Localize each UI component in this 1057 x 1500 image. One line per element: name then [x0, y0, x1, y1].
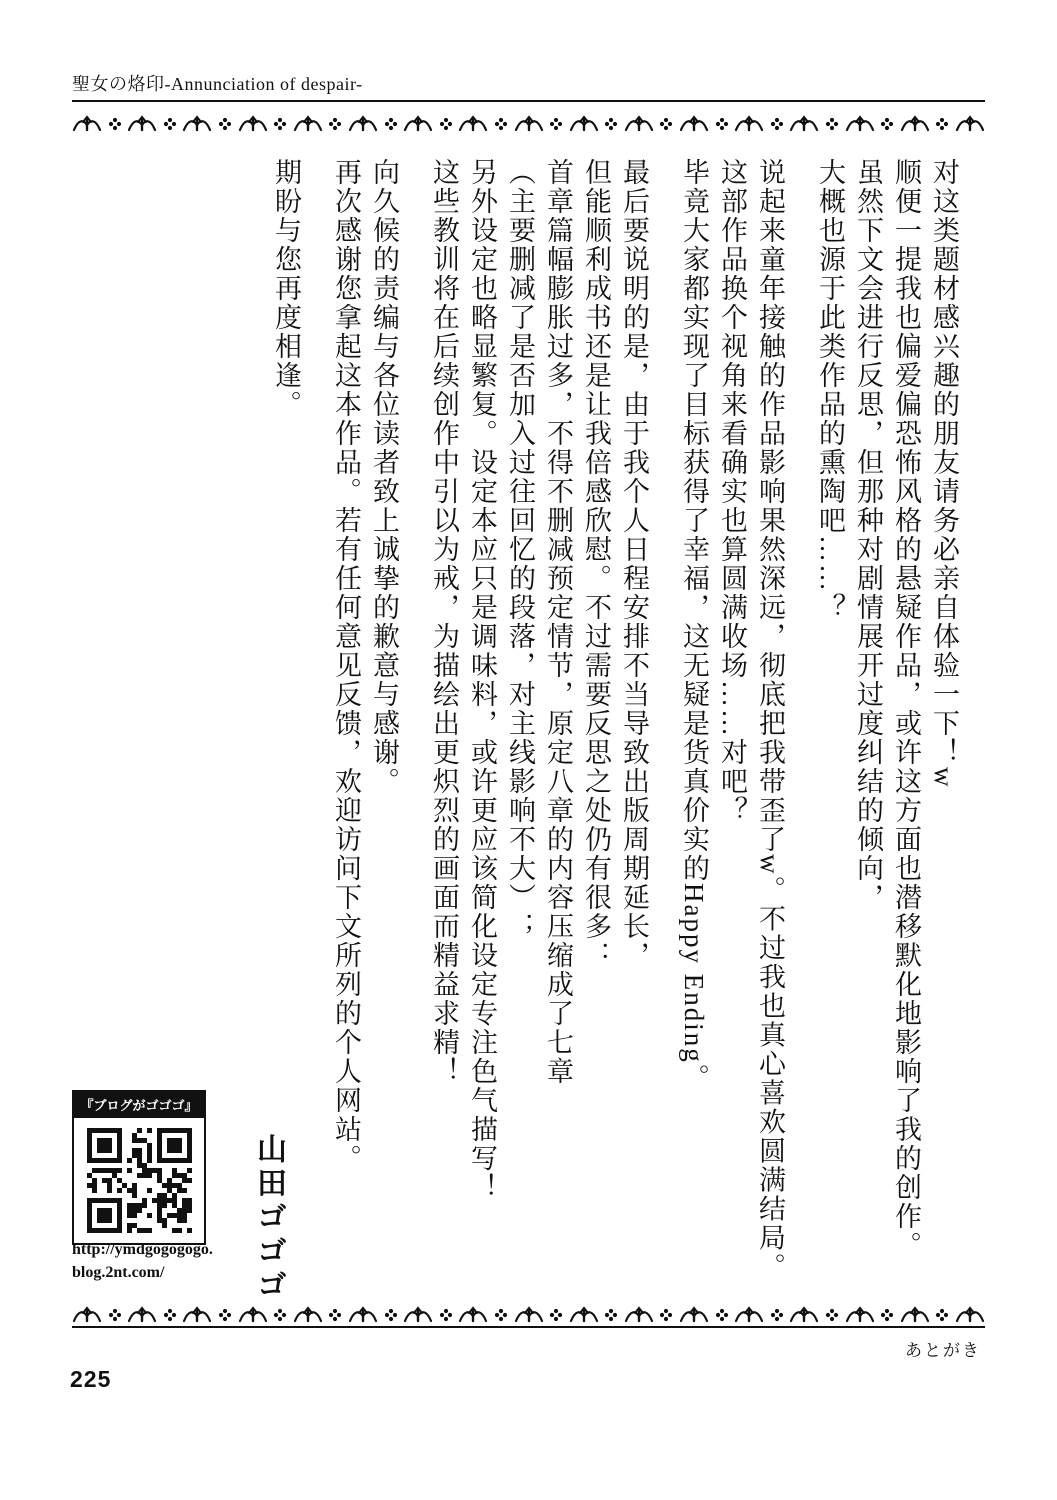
afterword-column: 顺便一提我也偏爱偏恐怖风格的悬疑作品，或许这方面也潜移默化地影响了我的创作。 [887, 158, 925, 1296]
section-label: あとがき [905, 1336, 981, 1361]
afterword-column: 这些教训将在后续创作中引以为戒，为描绘出更炽烈的画面而精益求精！ [425, 158, 463, 1296]
afterword-column: 另外设定也略显繁复。设定本应只是调味料，或许更应该简化设定专注色气描写！ [463, 158, 501, 1296]
flower-ornament-icon [658, 1306, 674, 1324]
flower-ornament-icon [824, 1306, 840, 1324]
afterword-column: 大概也源于此类作品的熏陶吧……？ [811, 158, 849, 1296]
blog-label: 『ブログがゴゴゴ』 [74, 1092, 204, 1118]
bird-fleur-ornament-icon [624, 115, 654, 133]
page-header: 聖女の烙印-Annunciation of despair- [72, 70, 985, 102]
flower-ornament-icon [714, 1306, 730, 1324]
bird-fleur-ornament-icon [293, 115, 323, 133]
qr-code-icon [87, 1128, 192, 1233]
bird-fleur-ornament-icon [514, 1306, 544, 1324]
afterword-column: 说起来童年接触的作品影响果然深远，彻底把我带歪了w。不过我也真心喜欢圆满结局。 [751, 158, 789, 1296]
bird-fleur-ornament-icon [845, 115, 875, 133]
flower-ornament-icon [327, 1306, 343, 1324]
bird-fleur-ornament-icon [72, 115, 102, 133]
book-title: 聖女の烙印-Annunciation of despair- [72, 70, 985, 96]
bird-fleur-ornament-icon [569, 115, 599, 133]
flower-ornament-icon [493, 115, 509, 133]
flower-ornament-icon [603, 1306, 619, 1324]
flower-ornament-icon [879, 1306, 895, 1324]
flower-ornament-icon [824, 115, 840, 133]
bird-fleur-ornament-icon [72, 1306, 102, 1324]
bird-fleur-ornament-icon [348, 115, 378, 133]
flower-ornament-icon [493, 1306, 509, 1324]
bird-fleur-ornament-icon [679, 1306, 709, 1324]
top-ornament-border [72, 111, 985, 133]
afterword-column: 向久候的责编与各位读者致上诚挚的歉意与感谢。 [365, 158, 403, 1296]
flower-ornament-icon [769, 115, 785, 133]
bird-fleur-ornament-icon [569, 1306, 599, 1324]
flower-ornament-icon [438, 115, 454, 133]
flower-ornament-icon [107, 115, 123, 133]
flower-ornament-icon [548, 115, 564, 133]
bird-fleur-ornament-icon [734, 1306, 764, 1324]
bottom-ornament-border [72, 1300, 985, 1328]
afterword-column: 这部作品换个视角来看确实也算圆满收场……对吧？ [713, 158, 751, 1296]
bird-fleur-ornament-icon [955, 1306, 985, 1324]
afterword-column: 期盼与您再度相逢。 [267, 158, 305, 1296]
flower-ornament-icon [272, 1306, 288, 1324]
afterword-page: 聖女の烙印-Annunciation of despair- 对这类题材感兴趣的… [0, 0, 1057, 1500]
bird-fleur-ornament-icon [458, 115, 488, 133]
flower-ornament-icon [438, 1306, 454, 1324]
blog-url-line2: blog.2nt.com/ [72, 1261, 272, 1284]
bird-fleur-ornament-icon [845, 1306, 875, 1324]
flower-ornament-icon [383, 1306, 399, 1324]
flower-ornament-icon [272, 115, 288, 133]
afterword-text: 对这类题材感兴趣的朋友请务必亲自体验一下！w顺便一提我也偏爱偏恐怖风格的悬疑作品… [215, 158, 985, 1296]
afterword-column: （主要删减了是否加入过往回忆的段落，对主线影响不大）； [501, 158, 539, 1296]
blog-card: 『ブログがゴゴゴ』 [72, 1090, 206, 1245]
flower-ornament-icon [162, 1306, 178, 1324]
bird-fleur-ornament-icon [293, 1306, 323, 1324]
bird-fleur-ornament-icon [238, 1306, 268, 1324]
bird-fleur-ornament-icon [238, 115, 268, 133]
flower-ornament-icon [934, 115, 950, 133]
afterword-column: 但能顺利成书还是让我倍感欣慰。不过需要反思之处仍有很多： [577, 158, 615, 1296]
flower-ornament-icon [383, 115, 399, 133]
flower-ornament-icon [769, 1306, 785, 1324]
bird-fleur-ornament-icon [127, 1306, 157, 1324]
bird-fleur-ornament-icon [127, 115, 157, 133]
bird-fleur-ornament-icon [403, 115, 433, 133]
bird-fleur-ornament-icon [955, 115, 985, 133]
bird-fleur-ornament-icon [734, 115, 764, 133]
bird-fleur-ornament-icon [514, 115, 544, 133]
flower-ornament-icon [658, 115, 674, 133]
bird-fleur-ornament-icon [679, 115, 709, 133]
flower-ornament-icon [934, 1306, 950, 1324]
bird-fleur-ornament-icon [403, 1306, 433, 1324]
afterword-column: 毕竟大家都实现了目标获得了幸福，这无疑是货真价实的Happy Ending。 [675, 158, 713, 1296]
afterword-column: 再次感谢您拿起这本作品。若有任何意见反馈，欢迎访问下文所列的个人网站。 [327, 158, 365, 1296]
page-number: 225 [70, 1366, 111, 1393]
bird-fleur-ornament-icon [900, 1306, 930, 1324]
afterword-column: 最后要说明的是，由于我个人日程安排不当导致出版周期延长， [615, 158, 653, 1296]
flower-ornament-icon [107, 1306, 123, 1324]
blog-url: http://ymdgogogogo. blog.2nt.com/ [72, 1238, 272, 1284]
bird-fleur-ornament-icon [789, 1306, 819, 1324]
afterword-column: 对这类题材感兴趣的朋友请务必亲自体验一下！w [925, 158, 963, 1296]
bird-fleur-ornament-icon [624, 1306, 654, 1324]
bird-fleur-ornament-icon [348, 1306, 378, 1324]
bird-fleur-ornament-icon [789, 115, 819, 133]
afterword-column: 虽然下文会进行反思，但那种对剧情展开过度纠结的倾向， [849, 158, 887, 1296]
flower-ornament-icon [217, 115, 233, 133]
flower-ornament-icon [548, 1306, 564, 1324]
afterword-column: 首章篇幅膨胀过多，不得不删减预定情节，原定八章的内容压缩成了七章 [539, 158, 577, 1296]
bird-fleur-ornament-icon [900, 115, 930, 133]
flower-ornament-icon [327, 115, 343, 133]
blog-url-line1: http://ymdgogogogo. [72, 1238, 272, 1261]
flower-ornament-icon [714, 115, 730, 133]
flower-ornament-icon [879, 115, 895, 133]
flower-ornament-icon [217, 1306, 233, 1324]
bird-fleur-ornament-icon [458, 1306, 488, 1324]
flower-ornament-icon [162, 115, 178, 133]
flower-ornament-icon [603, 115, 619, 133]
bird-fleur-ornament-icon [182, 1306, 212, 1324]
bird-fleur-ornament-icon [182, 115, 212, 133]
